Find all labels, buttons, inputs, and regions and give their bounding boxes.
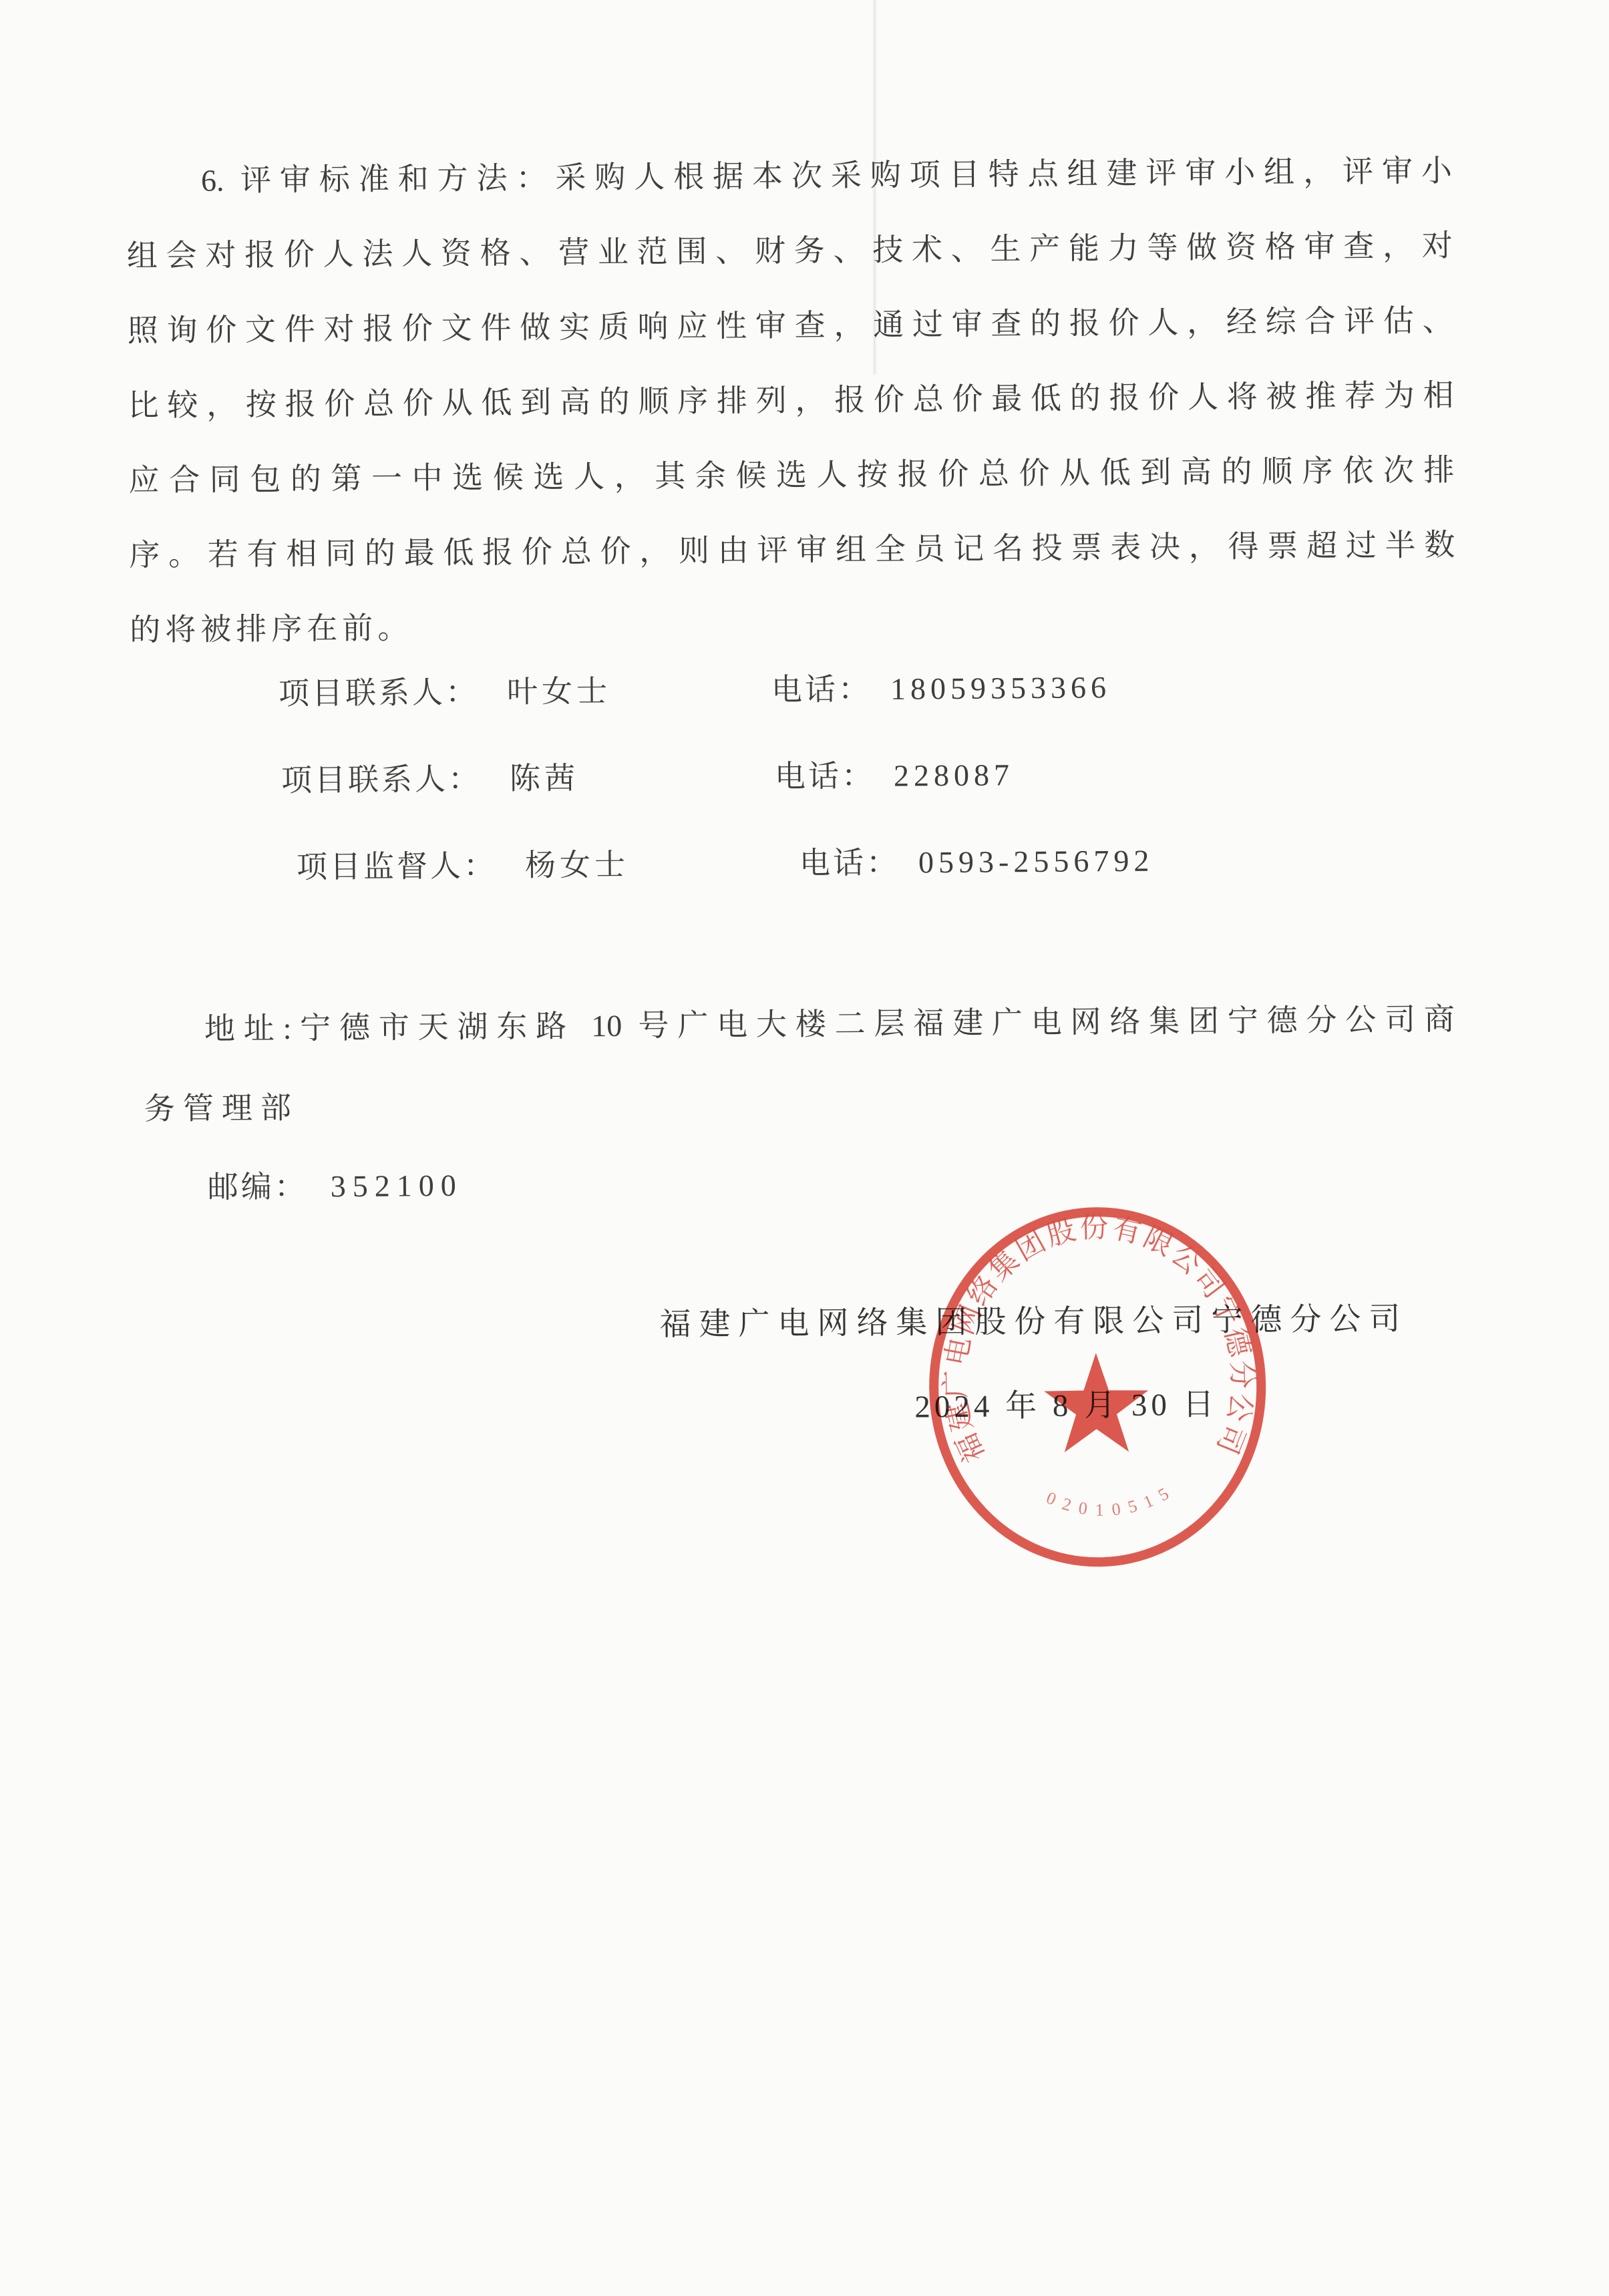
paragraph-line: 6. 评审标准和方法：采购人根据本次采购项目特点组建评审小组，评审小 [126,134,1453,219]
phone-value: 0593-2556792 [918,844,1154,880]
seal-code-holder: 02010515 [1043,1479,1180,1520]
postal-label: 邮编： [208,1170,308,1204]
seal-star-icon [1044,1353,1149,1453]
contact-name: 陈茜 [510,761,579,796]
paragraph-line: 应合同包的第一中选候选人，其余候选人按报价总价从低到高的顺序依次排 [128,433,1455,518]
postal-line: 邮编：352100 [208,1161,464,1207]
phone-value: 228087 [894,758,1014,792]
contact-role-label: 项目监督人： [297,848,497,884]
phone-label: 电话： [775,759,875,794]
seal-code: 02010515 [1043,1479,1180,1520]
evaluation-paragraph: 6. 评审标准和方法：采购人根据本次采购项目特点组建评审小组，评审小 组会对报价… [126,134,1456,668]
contact-name: 杨女士 [525,848,629,882]
paragraph-line: 序。若有相同的最低报价总价，则由评审组全员记名投票表决，得票超过半数 [129,508,1455,593]
paragraph-line: 的将被排序在前。 [130,583,1456,668]
paragraph-line: 比较，按报价总价从低到高的顺序排列，报价总价最低的报价人将被推荐为相 [128,358,1454,444]
phone-value: 18059353366 [890,670,1111,706]
document-content: 6. 评审标准和方法：采购人根据本次采购项目特点组建评审小组，评审小 组会对报价… [0,0,1609,2296]
address-line-2: 务管理部 [144,1084,300,1129]
phone-label: 电话： [771,672,872,707]
company-seal: 福建广电网络集团股份有限公司宁德分公司 02010515 [924,1202,1274,1574]
paragraph-line: 组会对报价人法人资格、营业范围、财务、技术、生产能力等做资格审查，对 [126,208,1453,294]
contact-name: 叶女士 [507,674,611,709]
contact-role-label: 项目联系人： [279,675,479,711]
paragraph-line: 照询价文件对报价文件做实质响应性审查，通过审查的报价人，经综合评估、 [127,283,1453,369]
document-page: 6. 评审标准和方法：采购人根据本次采购项目特点组建评审小组，评审小 组会对报价… [0,0,1609,2296]
address-line-1: 地址:宁德市天湖东路 10 号广电大楼二层福建广电网络集团宁德分公司商 [204,995,1455,1049]
contact-role-label: 项目联系人： [281,762,482,798]
postal-code: 352100 [331,1168,463,1204]
phone-label: 电话： [799,846,900,880]
